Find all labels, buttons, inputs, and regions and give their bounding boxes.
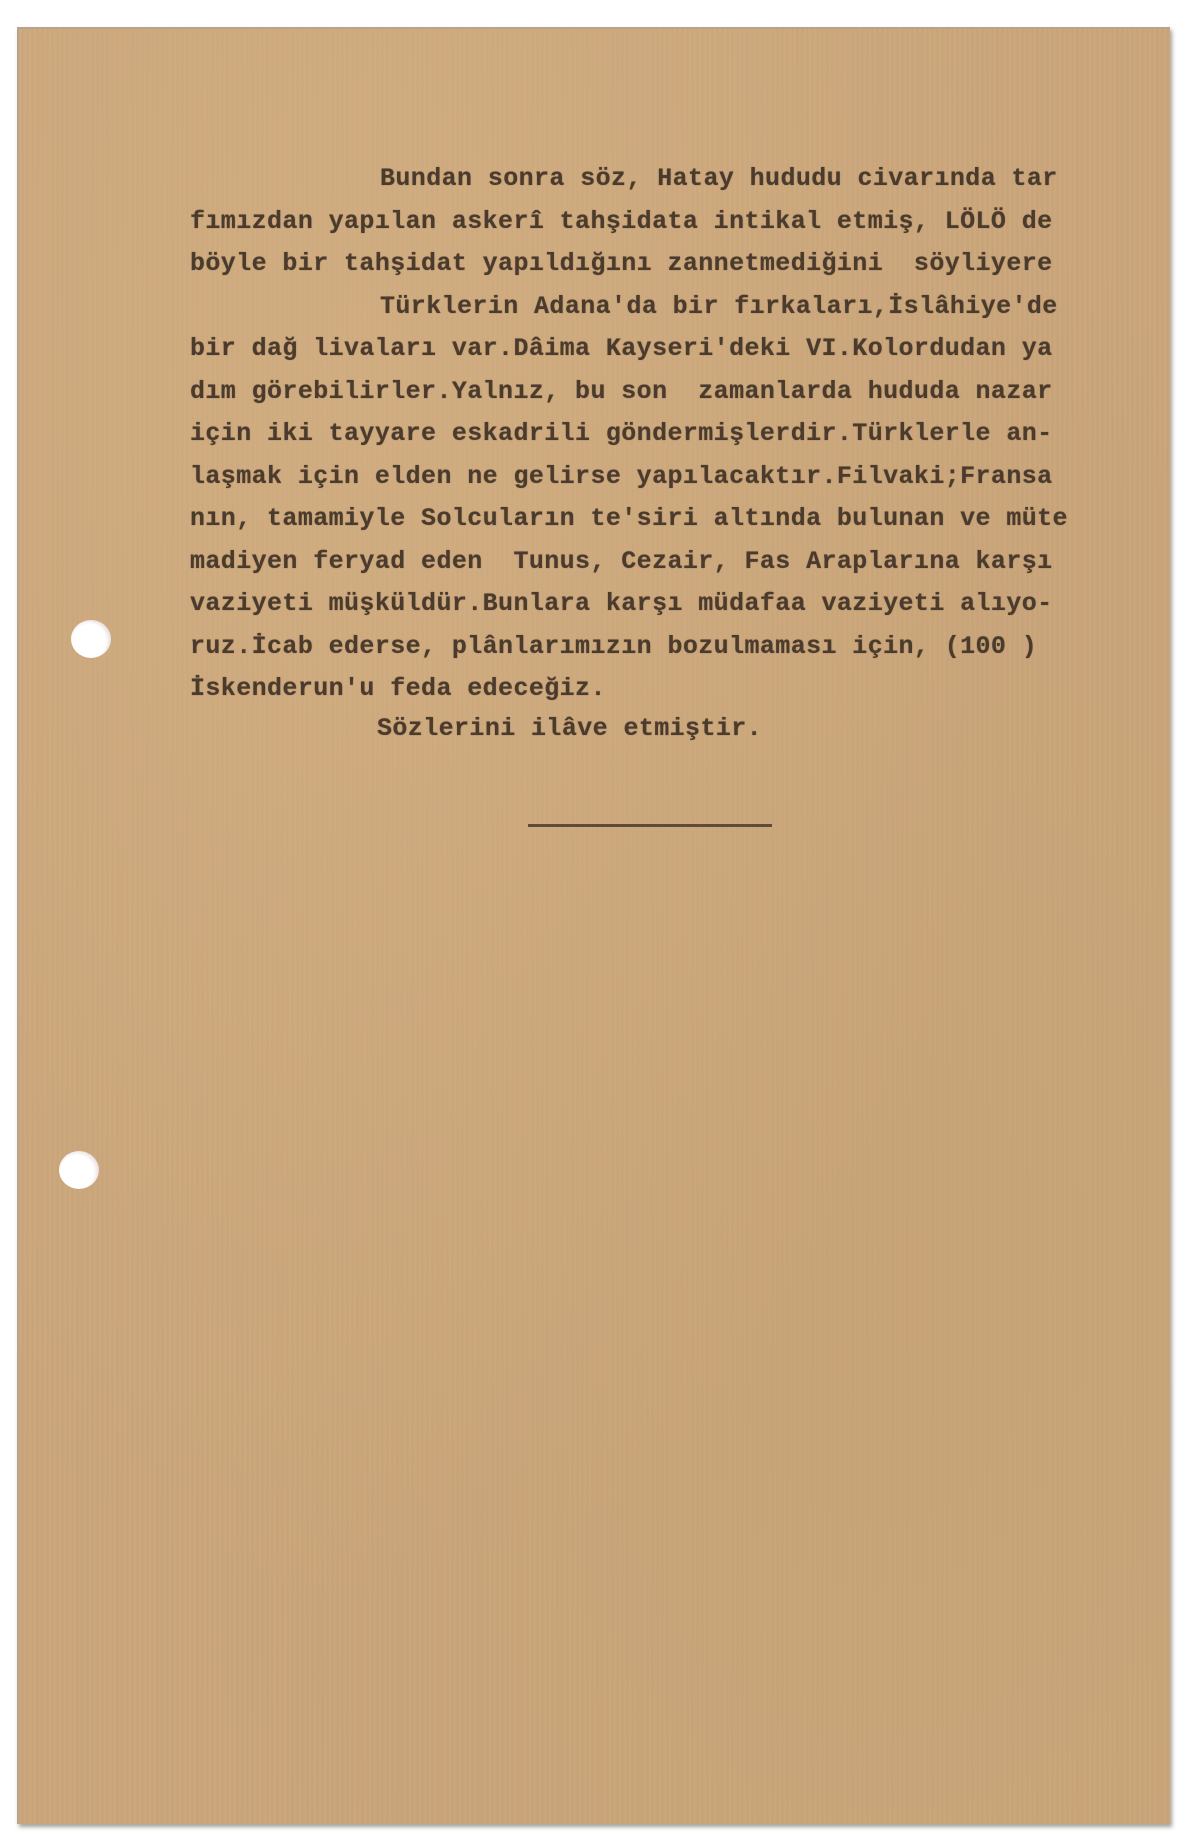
text-line: laşmak için elden ne gelirse yapılacaktı… (190, 456, 1150, 499)
closing-line: Sözlerini ilâve etmiştir. (377, 714, 762, 743)
punch-hole (71, 620, 111, 658)
text-line: fımızdan yapılan askerî tahşidata intika… (190, 201, 1150, 244)
punch-hole (59, 1151, 99, 1189)
text-line: madiyen feryad eden Tunus, Cezair, Fas A… (190, 541, 1150, 584)
divider-rule (528, 824, 772, 827)
text-line: İskenderun'u feda edeceğiz. (190, 668, 1150, 711)
text-line: Bundan sonra söz, Hatay hududu civarında… (190, 158, 1150, 201)
text-line: bir dağ livaları var.Dâima Kayseri'deki … (190, 328, 1150, 371)
text-line: nın, tamamiyle Solcuların te'siri altınd… (190, 498, 1150, 541)
text-line: için iki tayyare eskadrili göndermişlerd… (190, 413, 1150, 456)
text-line: ruz.İcab ederse, plânlarımızın bozulmama… (190, 626, 1150, 669)
text-line: Türklerin Adana'da bir fırkaları,İslâhiy… (190, 286, 1150, 329)
text-line: böyle bir tahşidat yapıldığını zannetmed… (190, 243, 1150, 286)
text-line: dım görebilirler.Yalnız, bu son zamanlar… (190, 371, 1150, 414)
typewritten-body: Bundan sonra söz, Hatay hududu civarında… (190, 158, 1150, 711)
text-line: vaziyeti müşküldür.Bunlara karşı müdafaa… (190, 583, 1150, 626)
